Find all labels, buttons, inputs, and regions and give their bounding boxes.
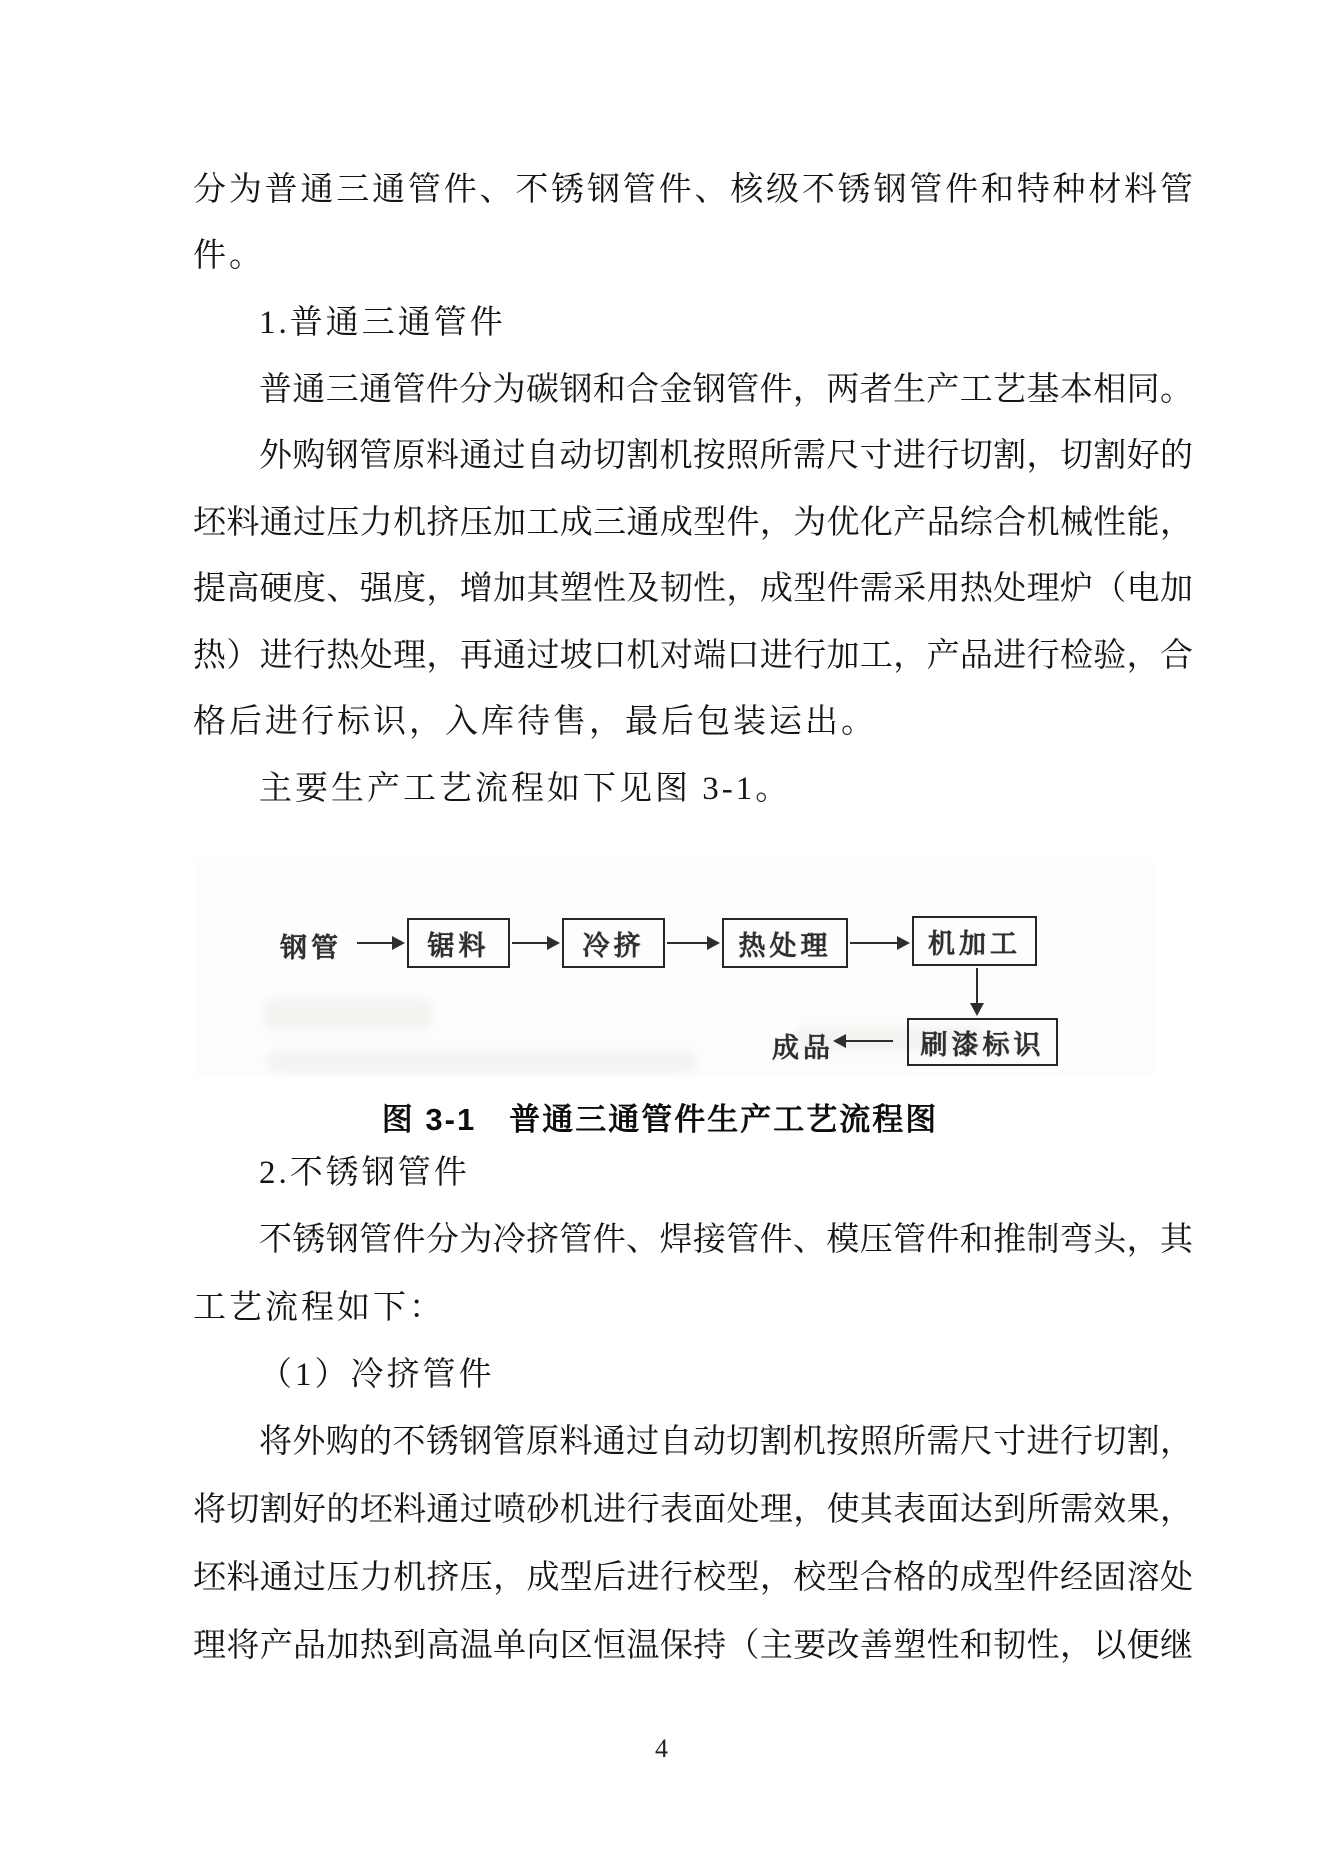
text-line: 将切割好的坯料通过喷砂机进行表面处理，使其表面达到所需效果， [193, 1488, 1193, 1534]
scan-smudge [267, 1050, 697, 1074]
flow-box-heat-treat: 热处理 [722, 918, 848, 968]
arrow-down-icon [976, 968, 978, 1004]
arrow-right-icon [850, 942, 898, 944]
text-line: 分为普通三通管件、不锈钢管件、核级不锈钢管件和特种材料管 [193, 168, 1193, 214]
text-line: 将外购的不锈钢管原料通过自动切割机按照所需尺寸进行切割， [193, 1420, 1193, 1466]
text-line: 件。 [193, 234, 1193, 280]
text-line: 外购钢管原料通过自动切割机按照所需尺寸进行切割，切割好的 [193, 434, 1193, 480]
figure-caption: 图 3-1 普通三通管件生产工艺流程图 [160, 1094, 1160, 1139]
text-line: 理将产品加热到高温单向区恒温保持（主要改善塑性和韧性，以便继 [193, 1624, 1193, 1670]
arrow-right-icon [512, 942, 548, 944]
text-line: 坯料通过压力机挤压加工成三通成型件，为优化产品综合机械性能， [193, 501, 1193, 547]
flow-box-cold-extrude: 冷挤 [562, 918, 665, 968]
flow-start-label: 钢管 [280, 926, 342, 965]
page-number: 4 [0, 1734, 1323, 1764]
flowchart-figure: 钢管 锯料 冷挤 热处理 机加工 刷漆标识 成品 [195, 858, 1155, 1076]
text-line: 坯料通过压力机挤压，成型后进行校型，校型合格的成型件经固溶处 [193, 1556, 1193, 1602]
text-line: 不锈钢管件分为冷挤管件、焊接管件、模压管件和推制弯头，其 [193, 1218, 1193, 1264]
text-line: 普通三通管件分为碳钢和合金钢管件，两者生产工艺基本相同。 [193, 368, 1193, 414]
text-line: 主要生产工艺流程如下见图 3-1。 [193, 767, 1193, 813]
flow-box-saw: 锯料 [407, 918, 510, 968]
document-page: 分为普通三通管件、不锈钢管件、核级不锈钢管件和特种材料管件。1.普通三通管件普通… [0, 0, 1323, 1871]
text-line: 格后进行标识，入库待售，最后包装运出。 [193, 700, 1193, 746]
flow-end-label: 成品 [772, 1026, 834, 1065]
text-line: 热）进行热处理，再通过坡口机对端口进行加工，产品进行检验，合 [193, 634, 1193, 680]
arrow-right-icon [357, 942, 393, 944]
arrow-right-icon [667, 942, 708, 944]
text-line: 2.不锈钢管件 [193, 1151, 1193, 1197]
text-line: 提高硬度、强度，增加其塑性及韧性，成型件需采用热处理炉（电加 [193, 567, 1193, 613]
flow-box-paint-mark: 刷漆标识 [907, 1018, 1058, 1066]
text-line: 1.普通三通管件 [193, 301, 1193, 347]
arrow-left-icon [845, 1040, 893, 1042]
scan-smudge [263, 998, 433, 1030]
text-line: 工艺流程如下： [193, 1286, 1193, 1332]
flow-box-machining: 机加工 [912, 916, 1037, 966]
text-line: （1）冷挤管件 [193, 1353, 1193, 1399]
